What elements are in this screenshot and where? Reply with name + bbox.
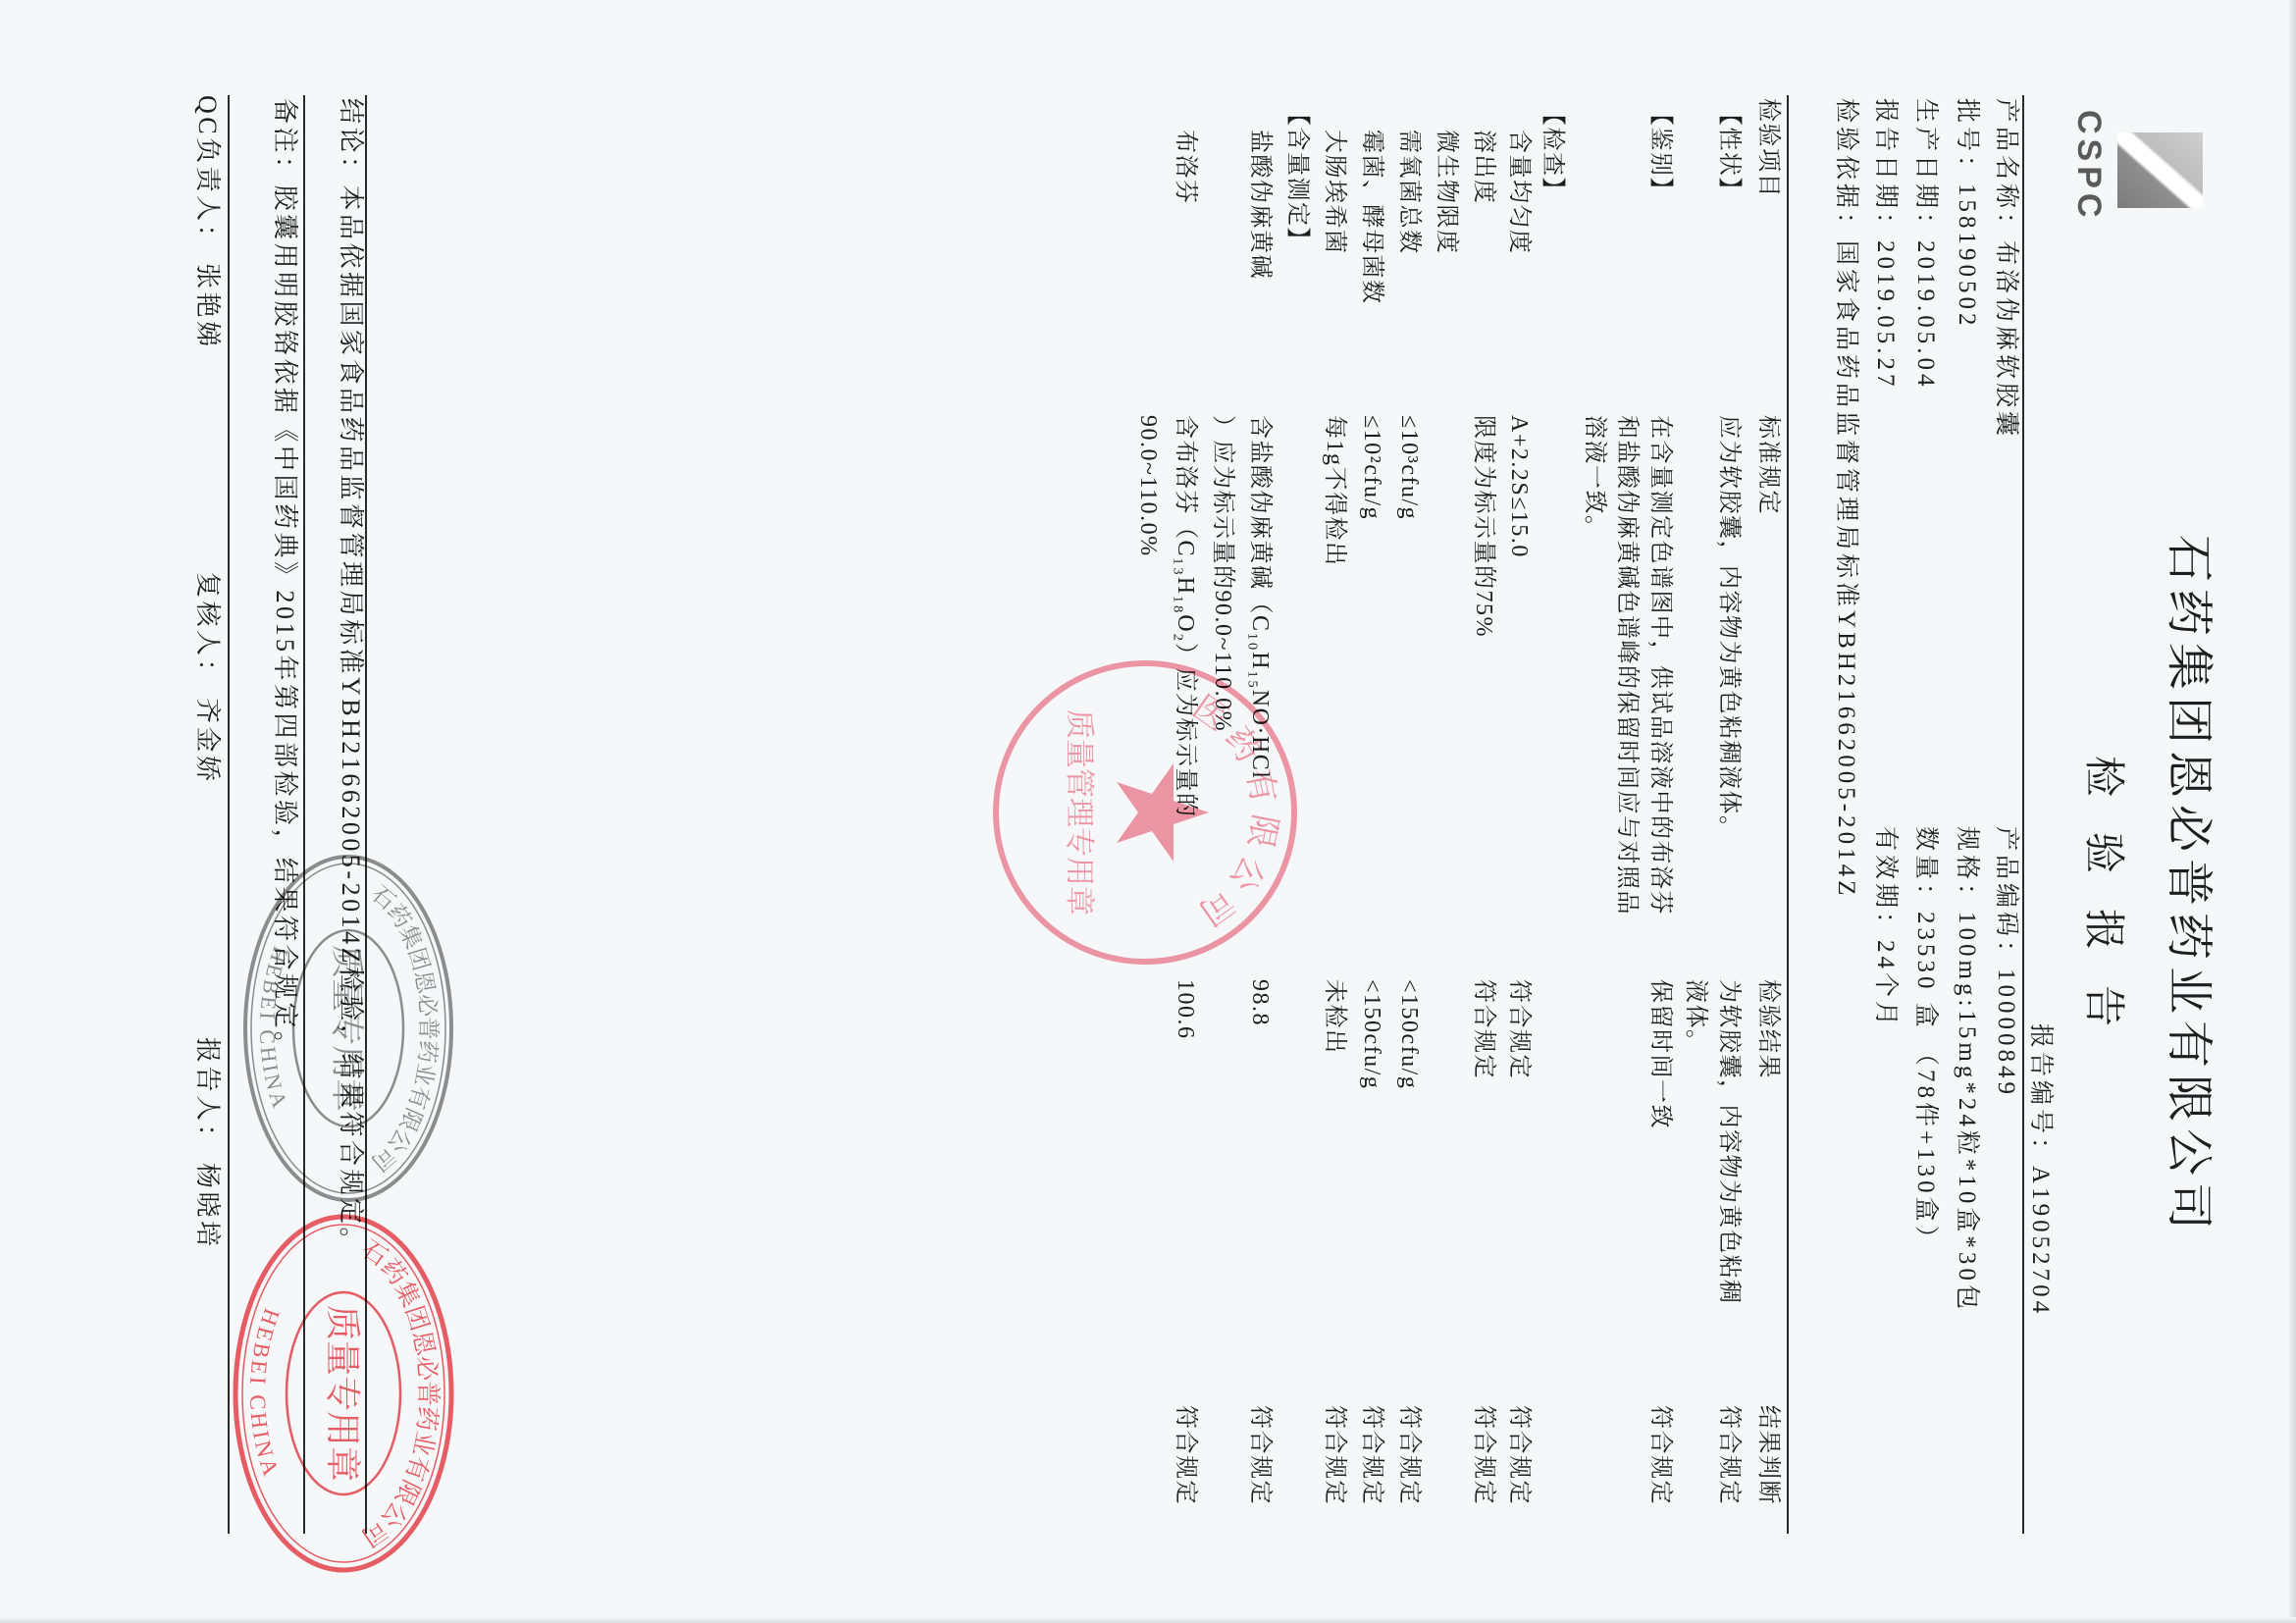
stamp-outer-text: 石药集团恩必普药业有限公司: [356, 1236, 442, 1551]
section-assay: 【含量测定】: [1285, 102, 1309, 252]
column-header-result: 检验结果: [1756, 979, 1780, 1079]
standard-content-uniformity: A+2.2S≤15.0: [1507, 415, 1531, 558]
inspection-basis: 检验依据：国家食品药品监督管理局标准YBH21662005-2014Z: [1834, 98, 1858, 899]
remarks-top-rule: [303, 95, 305, 1534]
production-date: 生产日期：2019.05.04: [1913, 98, 1938, 391]
result-pseudoephedrine-hcl: 98.8: [1248, 979, 1272, 1026]
report-date-value: 2019.05.27: [1872, 240, 1899, 391]
result-e-coli: 未检出: [1323, 979, 1346, 1055]
shelf-life: 有效期：24个月: [1873, 826, 1898, 1029]
standard-identification-line2: 和盐酸伪麻黄碱色谱峰的保留时间应与对照品: [1615, 415, 1639, 916]
result-ibuprofen: 100.6: [1174, 979, 1197, 1040]
signature-reporter: 报告人：杨晓培: [194, 1037, 220, 1250]
product-code: 产品编码：10000849: [1994, 826, 2018, 1098]
product-code-label: 产品编码：: [1993, 826, 2019, 969]
stamp-outer-ring: [235, 1217, 451, 1570]
signatures-top-rule: [228, 95, 230, 1534]
result-dissolution: 符合规定: [1472, 979, 1495, 1079]
batch-number-label: 批号：: [1954, 98, 1980, 183]
judgment-content-uniformity: 符合规定: [1507, 1405, 1531, 1505]
column-header-test-item: 检验项目: [1756, 98, 1780, 198]
standard-mold-yeast-count: ≤10²cfu/g: [1360, 415, 1383, 520]
judgment-e-coli: 符合规定: [1323, 1405, 1346, 1505]
standard-ibuprofen-line1: 含布洛芬（C₁₃H₁₈O₂）应为标示量的: [1174, 415, 1197, 818]
cspc-logo-icon: [2117, 132, 2203, 208]
stamp-bottom-text: HEBEI CHINA: [245, 1305, 285, 1481]
reviewer-name: 齐金娇: [193, 698, 222, 785]
specification-value: 100mg:15mg*24粒*10盒*30包: [1954, 912, 1980, 1313]
qc-manager-label: QC负责人：: [193, 95, 222, 253]
header-top-rule: [2022, 95, 2024, 1534]
qc-manager-name: 张艳娣: [193, 263, 222, 350]
judgment-dissolution: 符合规定: [1472, 1405, 1495, 1505]
standard-identification-line3: 溶液一致。: [1583, 415, 1606, 541]
judgment-ibuprofen: 符合规定: [1174, 1405, 1197, 1505]
item-dissolution: 溶出度: [1472, 130, 1495, 205]
item-e-coli: 大肠埃希菌: [1323, 130, 1346, 255]
inspection-basis-label: 检验依据：: [1833, 98, 1859, 240]
judgment-appearance: 符合规定: [1717, 1405, 1741, 1505]
item-appearance: 【性状】: [1717, 102, 1741, 202]
judgment-identification: 符合规定: [1648, 1405, 1672, 1505]
judgment-pseudoephedrine-hcl: 符合规定: [1248, 1405, 1272, 1505]
product-code-value: 10000849: [1993, 969, 2019, 1098]
conclusion: 结论：本品依据国家食品药品监督管理局标准YBH21662005-2014Z检验，…: [338, 98, 363, 1256]
item-identification: 【鉴别】: [1648, 102, 1672, 202]
reporter-label: 报告人：: [193, 1037, 222, 1153]
result-aerobic-count: <150cfu/g: [1397, 979, 1421, 1089]
company-name: 石药集团恩必普药业有限公司: [2165, 535, 2212, 1236]
stamp-second-ring: [242, 1225, 444, 1562]
stamp-inner-text: 质量专用章: [323, 1305, 362, 1482]
item-aerobic-count: 需氧菌总数: [1397, 130, 1421, 255]
scan-edge-bottom: [0, 1617, 2296, 1623]
inspection-basis-value: 国家食品药品监督管理局标准YBH21662005-2014Z: [1833, 240, 1859, 899]
result-content-uniformity: 符合规定: [1507, 979, 1531, 1079]
result-appearance-line1: 为软胶囊，内容物为黄色粘稠: [1717, 979, 1741, 1305]
inspection-report-page: CSPC 石药集团恩必普药业有限公司 检验报告 报告编号：A19052704 产…: [0, 0, 2296, 1623]
signature-reviewer: 复核人：齐金娇: [194, 572, 220, 785]
conclusion-label: 结论：: [337, 98, 365, 185]
signature-qc-manager: QC负责人：张艳娣: [194, 95, 220, 350]
specification: 规格：100mg:15mg*24粒*10盒*30包: [1955, 826, 1979, 1313]
product-name-value: 布洛伪麻软胶囊: [1993, 240, 2019, 440]
judgment-aerobic-count: 符合规定: [1397, 1405, 1421, 1505]
conclusion-text: 本品依据国家食品药品监督管理局标准YBH21662005-2014Z检验，结果符…: [337, 185, 365, 1256]
scan-edge-right: [2288, 0, 2296, 1623]
stamp-outer-text: 石药集团恩必普药业有限公司: [367, 881, 441, 1176]
remarks: 备注：胶囊用明胶铬依据《中国药典》2015年第四部检验，结果符合规定。: [272, 98, 297, 1061]
standard-appearance: 应为软胶囊，内容物为黄色粘稠液体。: [1717, 415, 1741, 841]
stamp-inner-text: 质量管理专用章: [1063, 709, 1095, 916]
standard-identification-line1: 在含量测定色谱图中，供试品溶液中的布洛芬: [1648, 415, 1672, 916]
reporter-name: 杨晓培: [193, 1163, 222, 1250]
standard-ibuprofen-line2: 90.0~110.0%: [1136, 415, 1160, 557]
section-tests: 【检查】: [1540, 102, 1564, 202]
standard-pseudoephedrine-line2: ）应为标示量的90.0~110.0%: [1211, 415, 1234, 732]
report-date: 报告日期：2019.05.27: [1873, 98, 1898, 391]
production-date-value: 2019.05.04: [1912, 240, 1939, 391]
conclusion-top-rule: [365, 95, 367, 1534]
report-date-label: 报告日期：: [1872, 98, 1899, 240]
reviewer-label: 复核人：: [193, 572, 222, 688]
column-header-judgment: 结果判断: [1756, 1405, 1780, 1505]
remarks-text: 胶囊用明胶铬依据《中国药典》2015年第四部检验，结果符合规定。: [271, 185, 299, 1061]
table-top-rule: [1787, 95, 1789, 1534]
product-name: 产品名称：布洛伪麻软胶囊: [1994, 98, 2018, 440]
report-number-value: A19052704: [2027, 1166, 2054, 1317]
result-mold-yeast-count: <150cfu/g: [1360, 979, 1383, 1089]
shelf-life-label: 有效期：: [1872, 826, 1899, 940]
item-mold-yeast-count: 霉菌、酵母菌数: [1360, 130, 1383, 305]
item-microbial-limits: 微生物限度: [1435, 130, 1458, 255]
report-number-label: 报告编号：: [2027, 1023, 2054, 1166]
batch-number-value: 158190502: [1954, 183, 1980, 330]
result-identification: 保留时间一致: [1648, 979, 1672, 1129]
report-title: 检验报告: [2082, 756, 2123, 1062]
batch-number: 批号：158190502: [1955, 98, 1979, 330]
report-number: 报告编号：A19052704: [2028, 1023, 2053, 1317]
standard-pseudoephedrine-line1: 含盐酸伪麻黄碱（C₁₀H₁₅NO·HCl: [1248, 415, 1272, 779]
judgment-mold-yeast-count: 符合规定: [1360, 1405, 1383, 1505]
logo-text: CSPC: [2072, 110, 2106, 222]
production-date-label: 生产日期：: [1912, 98, 1939, 240]
item-content-uniformity: 含量均匀度: [1507, 130, 1531, 255]
standard-e-coli: 每1g不得检出: [1323, 415, 1346, 567]
specification-label: 规格：: [1954, 826, 1980, 912]
result-appearance-line2: 液体。: [1684, 979, 1707, 1055]
item-pseudoephedrine-hcl: 盐酸伪麻黄碱: [1248, 130, 1272, 280]
product-name-label: 产品名称：: [1993, 98, 2019, 240]
red-oval-stamp: 石药集团恩必普药业有限公司 HEBEI CHINA 质量专用章: [235, 1217, 451, 1570]
shelf-life-value: 24个月: [1872, 940, 1899, 1029]
remarks-label: 备注：: [271, 98, 299, 185]
column-header-standard: 标准规定: [1756, 415, 1780, 515]
item-ibuprofen: 布洛芬: [1174, 130, 1197, 205]
standard-aerobic-count: ≤10³cfu/g: [1397, 415, 1421, 520]
quantity: 数量：23530 盒 （78件+130盒）: [1913, 826, 1938, 1254]
quantity-label: 数量：: [1912, 826, 1939, 912]
quantity-value: 23530 盒 （78件+130盒）: [1912, 912, 1939, 1254]
standard-dissolution: 限度为标示量的75%: [1472, 415, 1495, 638]
